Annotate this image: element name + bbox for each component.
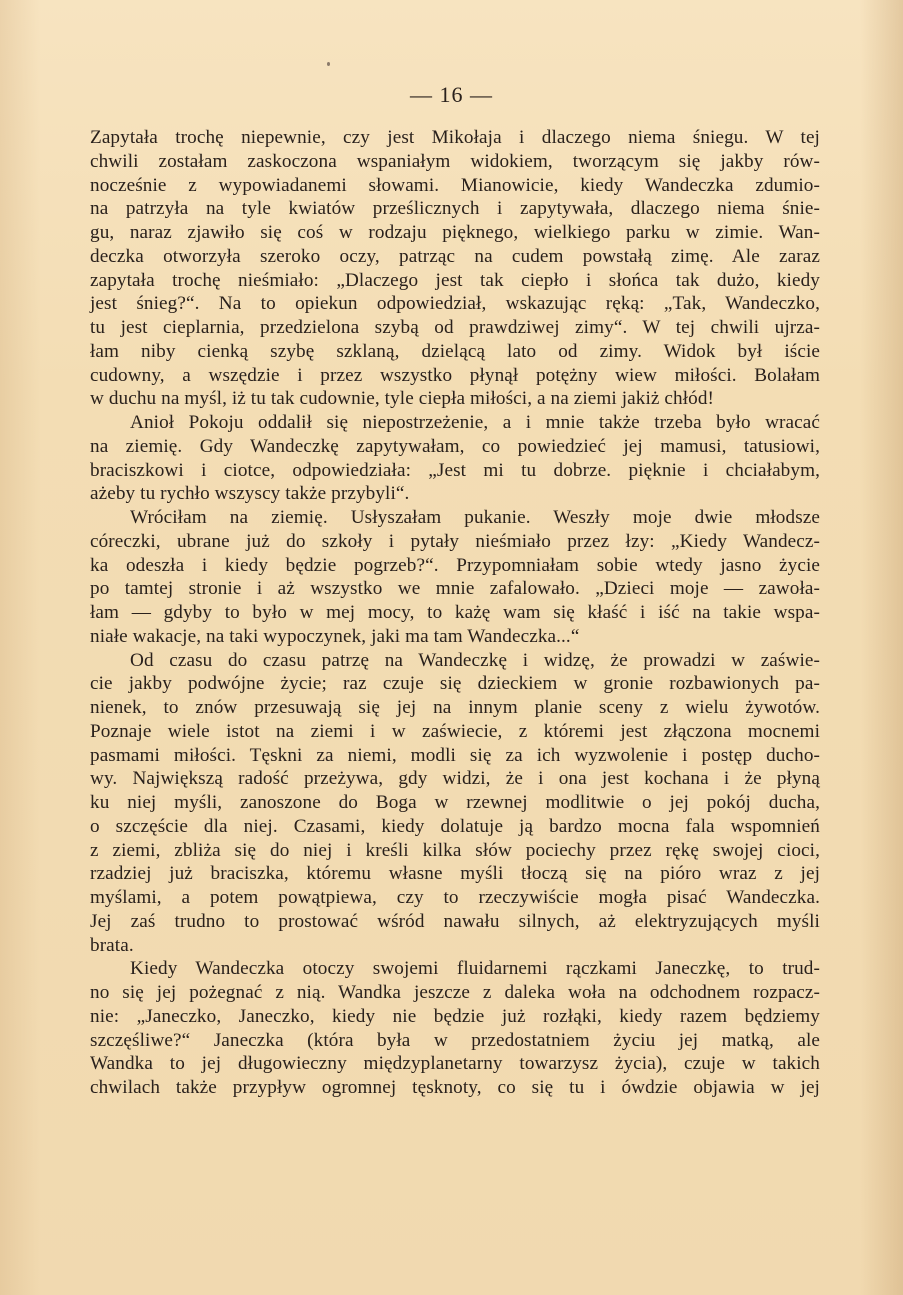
paragraph-start: Anioł Pokoju oddalił się niepostrzeżenie…	[90, 411, 820, 435]
page-number: — 16 —	[0, 82, 903, 108]
body-text: Zapytała trochę niepewnie, czy jest Miko…	[90, 126, 820, 1100]
text-line: ażeby tu rychło wszyscy także przybyli“.	[90, 482, 820, 506]
text-line: zapytała trochę nieśmiało: „Dlaczego jes…	[90, 269, 820, 293]
text-line: nienek, to znów przesuwają się jej na in…	[90, 696, 820, 720]
text-line: wy. Największą radość przeżywa, gdy widz…	[90, 767, 820, 791]
text-line: chwilach także przypływ ogromnej tęsknot…	[90, 1076, 820, 1100]
text-line: nie: „Janeczko, Janeczko, kiedy nie będz…	[90, 1005, 820, 1029]
text-line: szczęśliwe?“ Janeczka (która była w prze…	[90, 1029, 820, 1053]
text-line: brata.	[90, 934, 820, 958]
text-line: deczka otworzyła szeroko oczy, patrząc n…	[90, 245, 820, 269]
text-line: gu, naraz zjawiło się coś w rodzaju pięk…	[90, 221, 820, 245]
paragraph-start: Od czasu do czasu patrzę na Wandeczkę i …	[90, 649, 820, 673]
text-line: łam — gdyby to było w mej mocy, to każę …	[90, 601, 820, 625]
text-line: z ziemi, zbliża się do niej i kreśli kil…	[90, 839, 820, 863]
text-line: jest śnieg?“. Na to opiekun odpowiedział…	[90, 292, 820, 316]
text-line: na patrzyła na tyle kwiatów prześlicznyc…	[90, 197, 820, 221]
text-line: no się jej pożegnać z nią. Wandka jeszcz…	[90, 981, 820, 1005]
text-line: ku niej myśli, zanoszone do Boga w rzewn…	[90, 791, 820, 815]
text-line: pasmami miłości. Tęskni za niemi, modli …	[90, 744, 820, 768]
text-line: ka odeszła i kiedy będzie pogrzeb?“. Prz…	[90, 554, 820, 578]
text-line: myślami, a potem powątpiewa, czy to rzec…	[90, 886, 820, 910]
text-line: na ziemię. Gdy Wandeczkę zapytywałam, co…	[90, 435, 820, 459]
text-line: nocześnie z wypowiadanemi słowami. Miano…	[90, 174, 820, 198]
scan-speck	[327, 62, 330, 66]
text-line: o szczęście dla niej. Czasami, kiedy dol…	[90, 815, 820, 839]
paragraph-start: Kiedy Wandeczka otoczy swojemi fluidarne…	[90, 957, 820, 981]
text-line: łam niby cienką szybę szklaną, dzielącą …	[90, 340, 820, 364]
text-line: po tamtej stronie i aż wszystko we mnie …	[90, 577, 820, 601]
text-line: braciszkowi i ciotce, odpowiedziała: „Je…	[90, 459, 820, 483]
text-line: córeczki, ubrane już do szkoły i pytały …	[90, 530, 820, 554]
text-line: Jej zaś trudno to prostować wśród nawału…	[90, 910, 820, 934]
text-line: chwili zostałam zaskoczona wspaniałym wi…	[90, 150, 820, 174]
text-line: Poznaje wiele istot na ziemi i w zaświec…	[90, 720, 820, 744]
text-line: cie jakby podwójne życie; raz czuje się …	[90, 672, 820, 696]
text-line: niałe wakacje, na taki wypoczynek, jaki …	[90, 625, 820, 649]
text-line: rzadziej już braciszka, któremu własne m…	[90, 862, 820, 886]
paragraph-start: Wróciłam na ziemię. Usłyszałam pukanie. …	[90, 506, 820, 530]
text-line: w duchu na myśl, iż tu tak cudownie, tyl…	[90, 387, 820, 411]
text-line: cudowny, a wszędzie i przez wszystko pły…	[90, 364, 820, 388]
text-line: tu jest cieplarnia, przedzielona szybą o…	[90, 316, 820, 340]
text-line: Zapytała trochę niepewnie, czy jest Miko…	[90, 126, 820, 150]
text-line: Wandka to jej długowieczny międzyplaneta…	[90, 1052, 820, 1076]
